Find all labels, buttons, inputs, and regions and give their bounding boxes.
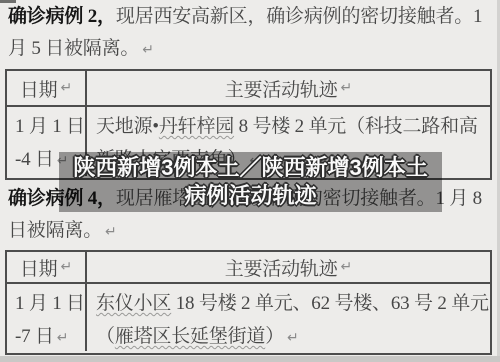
case4-date-cell: 1 月 1 日 -7 日↵ [7,284,87,351]
case2-intro-line2: 月 5 日被隔离。↵ [8,36,154,63]
case2-header-date: 日期↵ [7,71,87,105]
case2-activity-wavy: 丹轩梓园 [159,116,234,137]
case2-date-line1: 1 月 1 日 [15,110,85,143]
case4-table-header-row: 日期↵ 主要活动轨迹↵ [7,252,490,284]
case4-table-row: 1 月 1 日 -7 日↵ 东仪小区 18 号楼 2 单元、62 号楼、63 号… [7,284,490,351]
headline-overlay: 陕西新增3例本土／陕西新增3例本土 病例活动轨迹 [59,152,442,212]
case4-activity-line2: （雁塔区长延堡街道）↵ [96,320,490,351]
case4-activity-line1: 东仪小区 18 号楼 2 单元、62 号楼、63 号 2 单元 [96,287,490,320]
return-mark: ↵ [341,259,353,275]
case2-table-header-row: 日期↵ 主要活动轨迹↵ [7,71,490,107]
document-page: 确诊病例 2，现居西安高新区，确诊病例的密切接触者。1 月 5 日被隔离。↵ 日… [0,0,500,362]
return-mark: ↵ [105,224,117,240]
case4-activity2-pre: （ [96,326,115,347]
return-mark: ↵ [60,259,72,275]
case4-date-line2: -7 日↵ [15,320,85,351]
case2-activity-line1: 天地源•丹轩梓园 8 号楼 2 单元（科技二路和高 [96,110,490,143]
case4-activity2-wavy: 雁塔区长延堡街道 [115,326,265,347]
return-mark: ↵ [57,330,69,346]
case2-intro-text: 现居西安高新区，确诊病例的密切接触者。1 [116,6,483,27]
case4-header-activity: 主要活动轨迹↵ [87,252,490,282]
case2-activity-pre: 天地源• [96,116,159,137]
case4-activity-wavy: 东仪小区 [96,293,171,314]
top-edge-artifact [0,0,16,3]
case4-activity2-post: ） [265,326,284,347]
case2-date-line2-text: -4 日 [15,149,54,170]
return-mark: ↵ [60,80,72,96]
case4-intro-text2: 日被隔离。 [8,220,102,241]
headline-line2: 病例活动轨迹 [184,182,316,210]
case4-date-line2-text: -7 日 [15,326,54,347]
case4-activity-table: 日期↵ 主要活动轨迹↵ 1 月 1 日 -7 日↵ 东仪小区 18 号楼 2 单… [5,250,492,355]
case4-date-line1: 1 月 1 日 [15,287,85,320]
case4-intro-line2: 日被隔离。↵ [8,218,117,245]
case2-label: 确诊病例 2， [8,6,116,27]
case4-activity-cell: 东仪小区 18 号楼 2 单元、62 号楼、63 号 2 单元 （雁塔区长延堡街… [87,284,490,351]
case4-header-activity-label: 主要活动轨迹 [225,254,338,281]
case2-header-activity-label: 主要活动轨迹 [225,75,338,102]
case4-activity-post: 18 号楼 2 单元、62 号楼、63 号 2 单元 [171,293,489,314]
return-mark: ↵ [142,42,154,58]
return-mark: ↵ [287,330,299,346]
case2-intro-line1: 确诊病例 2，现居西安高新区，确诊病例的密切接触者。1 [8,4,482,30]
case2-header-date-label: 日期 [20,75,58,102]
case4-header-date: 日期↵ [7,252,87,282]
case2-header-activity: 主要活动轨迹↵ [87,71,490,105]
headline-line1: 陕西新增3例本土／陕西新增3例本土 [73,154,427,182]
bottom-edge-strip [0,356,500,362]
return-mark: ↵ [341,80,353,96]
case2-activity-post: 8 号楼 2 单元（科技二路和高 [234,116,478,137]
case2-intro-text2: 月 5 日被隔离。 [8,38,139,59]
case4-header-date-label: 日期 [20,254,58,281]
